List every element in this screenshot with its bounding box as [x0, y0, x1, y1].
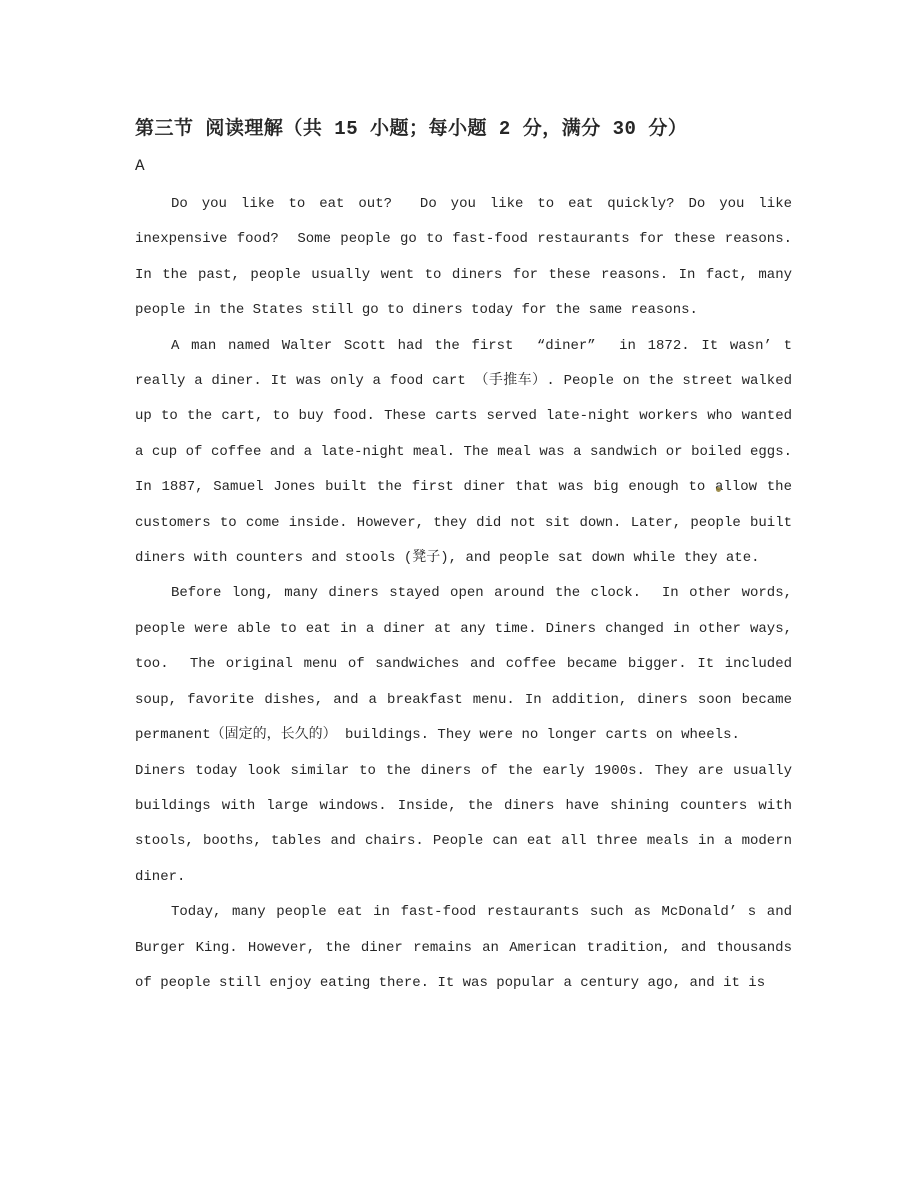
page-content: 第三节 阅读理解（共 15 小题；每小题 2 分，满分 30 分） A Do y… — [135, 117, 792, 1001]
document-page: { "page": { "background": "#ffffff", "te… — [0, 0, 920, 1192]
passage-paragraphs: Do you like to eat out? Do you like to e… — [135, 187, 792, 1001]
passage-paragraph: A man named Walter Scott had the first “… — [135, 329, 792, 577]
passage-paragraph: Today, many people eat in fast-food rest… — [135, 895, 792, 1001]
passage-paragraph: Do you like to eat out? Do you like to e… — [135, 187, 792, 329]
passage-paragraph: Diners today look similar to the diners … — [135, 754, 792, 896]
passage-paragraph: Before long, many diners stayed open aro… — [135, 576, 792, 753]
ink-speck-artifact — [716, 487, 721, 492]
section-heading: 第三节 阅读理解（共 15 小题；每小题 2 分，满分 30 分） — [135, 117, 792, 141]
passage-label: A — [135, 156, 792, 176]
